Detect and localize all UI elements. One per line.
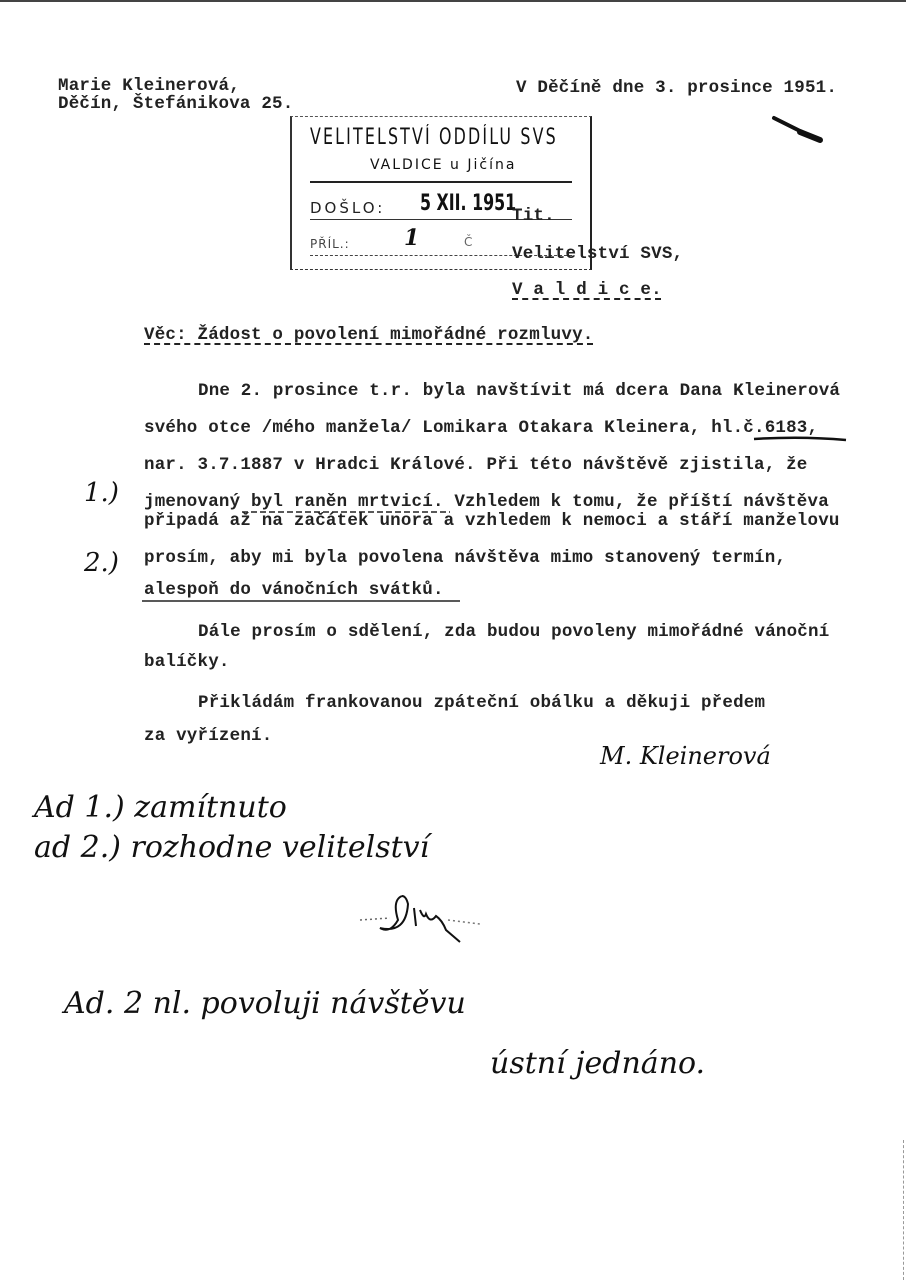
body-line: prosím, aby mi byla povolena návštěva mi… [144, 548, 786, 568]
margin-note: 2.) [84, 548, 119, 578]
recipient-salutation: Tit. [512, 206, 555, 226]
stamp-attachments-label: PŘÍL.: [310, 237, 350, 251]
underline-mark [240, 508, 460, 516]
initials-signature [350, 890, 500, 950]
body-line: nar. 3.7.1887 v Hradci Králové. Při této… [144, 455, 808, 475]
body-line: balíčky. [144, 652, 230, 672]
signature: M. Kleinerová [600, 742, 771, 770]
body-line: Dne 2. prosince t.r. byla navštívit má d… [198, 381, 840, 401]
stamp-subtitle: VALDICE u Jičína [370, 157, 516, 173]
scan-right-edge [902, 1140, 904, 1280]
stamp-title: VELITELSTVÍ ODDÍLU SVS [310, 125, 558, 150]
scan-top-edge [0, 0, 906, 2]
ink-mark-icon [770, 110, 830, 150]
underline-mark [752, 434, 852, 444]
recipient-place: V a l d i c e. [512, 280, 662, 300]
stamp-number: 1 [404, 225, 419, 251]
handwritten-note: ad 2.) rozhodne velitelství [34, 830, 429, 865]
stamp-divider [310, 181, 572, 183]
handwritten-note: Ad. 2 nl. povoluji návštěvu [64, 986, 466, 1021]
margin-note: 1.) [84, 478, 119, 508]
stamp-mark: Č [464, 235, 472, 249]
sender-name: Marie Kleinerová, [58, 76, 240, 96]
handwritten-note: ústní jednáno. [490, 1046, 705, 1081]
body-line: svého otce /mého manžela/ Lomikara Otaka… [144, 418, 818, 438]
body-line: za vyřízení. [144, 726, 272, 746]
handwritten-note: Ad 1.) zamítnuto [34, 790, 287, 825]
recipient-office: Velitelství SVS, [512, 244, 683, 264]
stamp-received-date: 5 XII. 1951 [420, 191, 516, 216]
stamp-received-label: DOŠLO: [310, 199, 385, 217]
sender-address: Děčín, Štefánikova 25. [58, 94, 293, 114]
place-date: V Děčíně dne 3. prosince 1951. [516, 78, 837, 98]
body-line: Dále prosím o sdělení, zda budou povolen… [198, 622, 829, 642]
subject-line: Věc: Žádost o povolení mimořádné rozmluv… [144, 325, 593, 345]
letter-page: Marie Kleinerová, Děčín, Štefánikova 25.… [0, 0, 906, 1280]
body-line: Přikládám frankovanou zpáteční obálku a … [198, 693, 765, 713]
underline-mark [140, 596, 470, 606]
